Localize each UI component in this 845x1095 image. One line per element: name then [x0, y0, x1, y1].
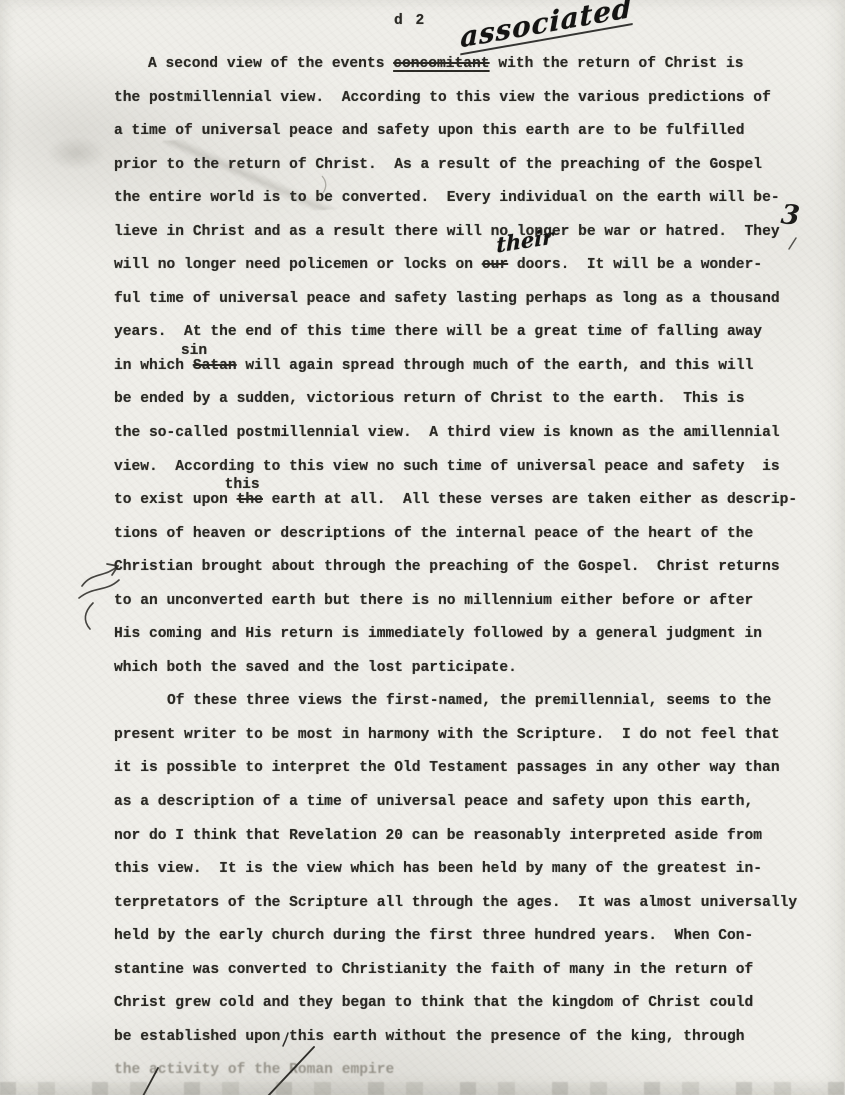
left-margin-arrow-icon	[79, 564, 119, 629]
line-text: the activity of the Roman empire	[114, 1062, 394, 1078]
annotated-word-wrap: theirour	[482, 257, 508, 273]
typescript-line: His coming and His return is immediately…	[114, 618, 797, 652]
line-text: as a description of a time of universal …	[114, 794, 753, 810]
typescript-line: the so-called postmillennial view. A thi…	[114, 417, 797, 451]
line-text: will no longer need policemen or locks o…	[114, 257, 482, 273]
typescript-line: A second view of the events associatedco…	[114, 48, 797, 82]
line-text: A second view of the events	[148, 56, 393, 72]
line-text: years. At the end of this time there wil…	[114, 324, 762, 340]
typescript-body: A second view of the events associatedco…	[114, 48, 797, 1088]
typescript-line: stantine was converted to Christianity t…	[114, 954, 797, 988]
typescript-line: it is possible to interpret the Old Test…	[114, 752, 797, 786]
typescript-line: in which sinSatan will again spread thro…	[114, 350, 797, 384]
line-text: which both the saved and the lost partic…	[114, 660, 517, 676]
paper-smudge	[48, 120, 118, 180]
page-number: d 2	[394, 13, 426, 29]
line-text: stantine was converted to Christianity t…	[114, 962, 753, 978]
struck-word: concomitant	[393, 56, 489, 72]
typescript-line: the entire world is to be converted. Eve…	[114, 182, 797, 216]
line-text: with the return of Christ is	[490, 56, 744, 72]
handwritten-insertion: their	[496, 226, 553, 256]
typed-insertion: sin	[181, 344, 207, 359]
typed-insertion: this	[225, 478, 260, 493]
typescript-line: as a description of a time of universal …	[114, 786, 797, 820]
line-text: held by the early church during the firs…	[114, 928, 753, 944]
line-text: to exist upon	[114, 492, 237, 508]
annotated-word-wrap: associatedconcomitant	[393, 56, 489, 72]
line-text: terpretators of the Scripture all throug…	[114, 895, 797, 911]
typescript-line: be established upon this earth without t…	[114, 1021, 797, 1055]
typescript-line: nor do I think that Revelation 20 can be…	[114, 820, 797, 854]
typescript-line: the postmillennial view. According to th…	[114, 82, 797, 116]
line-text: Christ grew cold and they began to think…	[114, 995, 753, 1011]
line-text: be ended by a sudden, victorious return …	[114, 391, 745, 407]
typescript-line: will no longer need policemen or locks o…	[114, 249, 797, 283]
line-text: present writer to be most in harmony wit…	[114, 727, 780, 743]
typescript-line: years. At the end of this time there wil…	[114, 316, 797, 350]
typescript-line: Of these three views the first-named, th…	[114, 685, 797, 719]
typescript-line: to an unconverted earth but there is no …	[114, 585, 797, 619]
typescript-line: view. According to this view no such tim…	[114, 451, 797, 485]
line-text: the so-called postmillennial view. A thi…	[114, 425, 780, 441]
line-text: a time of universal peace and safety upo…	[114, 123, 745, 139]
line-text: Of these three views the first-named, th…	[167, 693, 771, 709]
typescript-line: prior to the return of Christ. As a resu…	[114, 149, 797, 183]
line-text: will again spread through much of the ea…	[237, 358, 754, 374]
line-text: it is possible to interpret the Old Test…	[114, 760, 780, 776]
line-text: earth at all. All these verses are taken…	[263, 492, 797, 508]
typescript-line: held by the early church during the firs…	[114, 920, 797, 954]
typescript-line: Christ grew cold and they began to think…	[114, 987, 797, 1021]
typescript-line: present writer to be most in harmony wit…	[114, 719, 797, 753]
line-text: the entire world is to be converted. Eve…	[114, 190, 780, 206]
struck-word: our	[482, 257, 508, 273]
line-text: in which	[114, 358, 193, 374]
line-text: doors. It will be a wonder-	[508, 257, 762, 273]
struck-word: Satan	[193, 358, 237, 374]
typescript-line: a time of universal peace and safety upo…	[114, 115, 797, 149]
line-text: ful time of universal peace and safety l…	[114, 291, 780, 307]
typescript-line: to exist upon thisthe earth at all. All …	[114, 484, 797, 518]
line-text: His coming and His return is immediately…	[114, 626, 762, 642]
line-text: prior to the return of Christ. As a resu…	[114, 157, 762, 173]
typescript-line: Christian brought about through the prea…	[114, 551, 797, 585]
typescript-line: lieve in Christ and as a result there wi…	[114, 216, 797, 250]
typescript-line: be ended by a sudden, victorious return …	[114, 383, 797, 417]
line-text: tions of heaven or descriptions of the i…	[114, 526, 753, 542]
typescript-line: tions of heaven or descriptions of the i…	[114, 518, 797, 552]
annotated-word-wrap: thisthe	[237, 492, 263, 508]
line-text: lieve in Christ and as a result there wi…	[114, 224, 780, 240]
right-margin-handwritten-mark: 3	[780, 199, 801, 232]
typescript-page: d 2 A second view of the events associat…	[0, 0, 845, 1095]
line-text: to an unconverted earth but there is no …	[114, 593, 753, 609]
typescript-line: terpretators of the Scripture all throug…	[114, 887, 797, 921]
line-text: view. According to this view no such tim…	[114, 459, 780, 475]
line-text: the postmillennial view. According to th…	[114, 90, 771, 106]
typescript-line: this view. It is the view which has been…	[114, 853, 797, 887]
line-text: Christian brought about through the prea…	[114, 559, 780, 575]
struck-word: the	[237, 492, 263, 508]
scan-edge-shadow	[0, 1082, 845, 1095]
handwritten-insertion: associated	[461, 0, 633, 55]
line-text: nor do I think that Revelation 20 can be…	[114, 828, 762, 844]
line-text: this view. It is the view which has been…	[114, 861, 762, 877]
line-text: be established upon this earth without t…	[114, 1029, 745, 1045]
typescript-line: ful time of universal peace and safety l…	[114, 283, 797, 317]
annotated-word-wrap: sinSatan	[193, 358, 237, 374]
typescript-line: which both the saved and the lost partic…	[114, 652, 797, 686]
